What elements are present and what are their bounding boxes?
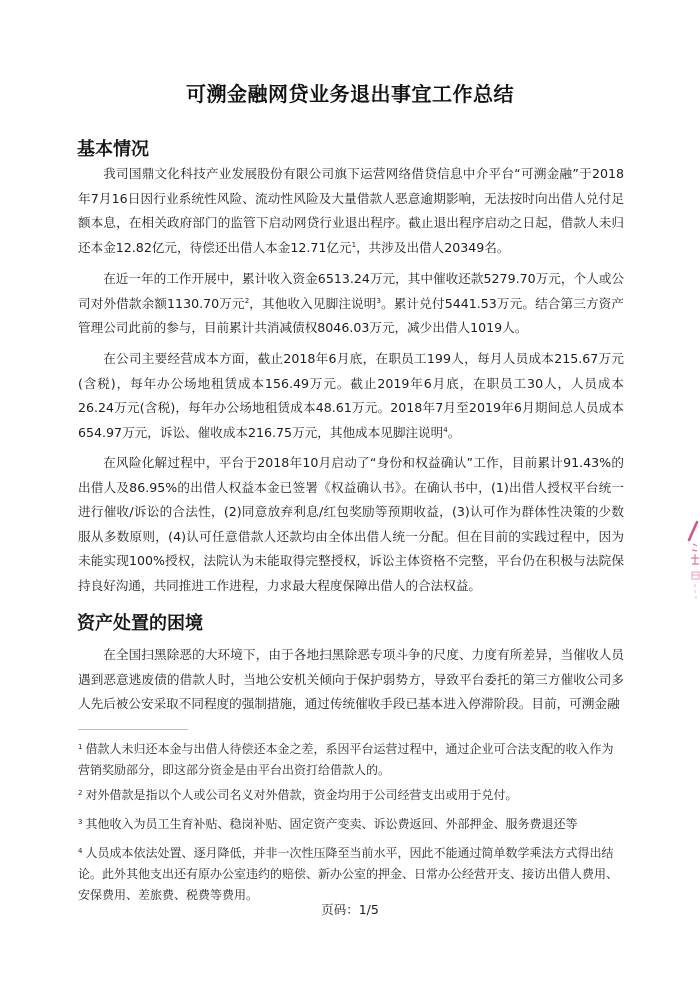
paragraph-work-progress: 在近一年的工作开展中，累计收入资金6513.24万元，其中催收还款5279.70… [78, 267, 624, 341]
paragraph-text: ，其他收入见脚注说明 [249, 296, 376, 311]
seal-stamp-icon [683, 520, 700, 605]
footnote-3: 3其他收入为员工生育补贴、稳岗补贴、固定资产变卖、诉讼费返回、外部押金、服务费退… [78, 812, 624, 835]
footnote-1: 1借款人未归还本金与出借人待偿还本金之差，系因平台运营过程中，通过企业可合法支配… [78, 737, 624, 781]
paragraph-text: 在风险化解过程中，平台于2018年10月启动了“身份和权益确认”工作，目前累计9… [78, 455, 624, 593]
paragraph-risk-resolution: 在风险化解过程中，平台于2018年10月启动了“身份和权益确认”工作，目前累计9… [78, 451, 624, 598]
footnote-separator [78, 729, 188, 730]
footnote-text: 借款人未归还本金与出借人待偿还本金之差，系因平台运营过程中，通过企业可合法支配的… [78, 742, 613, 777]
paragraph-operating-costs: 在公司主要经营成本方面，截止2018年6月底，在职员工199人，每月人员成本21… [78, 347, 624, 445]
footnote-number: 4 [78, 847, 82, 855]
document-title: 可溯金融网贷业务退出事宜工作总结 [0, 78, 700, 107]
footnote-number: 3 [78, 818, 82, 826]
footnote-number: 2 [78, 789, 82, 797]
section-heading-asset-disposal: 资产处置的困境 [77, 609, 203, 635]
footnote-text: 其他收入为员工生育补贴、稳岗补贴、固定资产变卖、诉讼费返回、外部押金、服务费退还… [85, 817, 577, 831]
page-number: 页码：1/5 [0, 900, 700, 918]
footnote-2: 2对外借款是指以个人或公司名义对外借款，资金均用于公司经营支出或用于兑付。 [78, 783, 624, 806]
paragraph-text: 。 [448, 425, 461, 440]
document-page: 可溯金融网贷业务退出事宜工作总结 基本情况 我司国鼎文化科技产业发展股份有限公司… [0, 0, 700, 990]
paragraph-overview: 我司国鼎文化科技产业发展股份有限公司旗下运营网络借贷信息中介平台“可溯金融”于2… [78, 162, 624, 260]
paragraph-text: 在全国扫黑除恶的大环境下，由于各地扫黑除恶专项斗争的尺度、力度有所差异，当催收人… [78, 647, 624, 711]
section-heading-basic-info: 基本情况 [77, 135, 149, 161]
paragraph-text: ，共涉及出借人20349名。 [356, 240, 509, 255]
paragraph-text: 在公司主要经营成本方面，截止2018年6月底，在职员工199人，每月人员成本21… [78, 351, 624, 440]
footnote-text: 对外借款是指以个人或公司名义对外借款，资金均用于公司经营支出或用于兑付。 [85, 788, 517, 802]
footnote-number: 1 [78, 743, 82, 751]
footnote-4: 4人员成本依法处置、逐月降低，并非一次性压降至当前水平，因此不能通过简单数学乘法… [78, 841, 624, 906]
footnote-text: 人员成本依法处置、逐月降低，并非一次性压降至当前水平，因此不能通过简单数学乘法方… [78, 846, 618, 902]
paragraph-asset-disposal: 在全国扫黑除恶的大环境下，由于各地扫黑除恶专项斗争的尺度、力度有所差异，当催收人… [78, 643, 624, 717]
